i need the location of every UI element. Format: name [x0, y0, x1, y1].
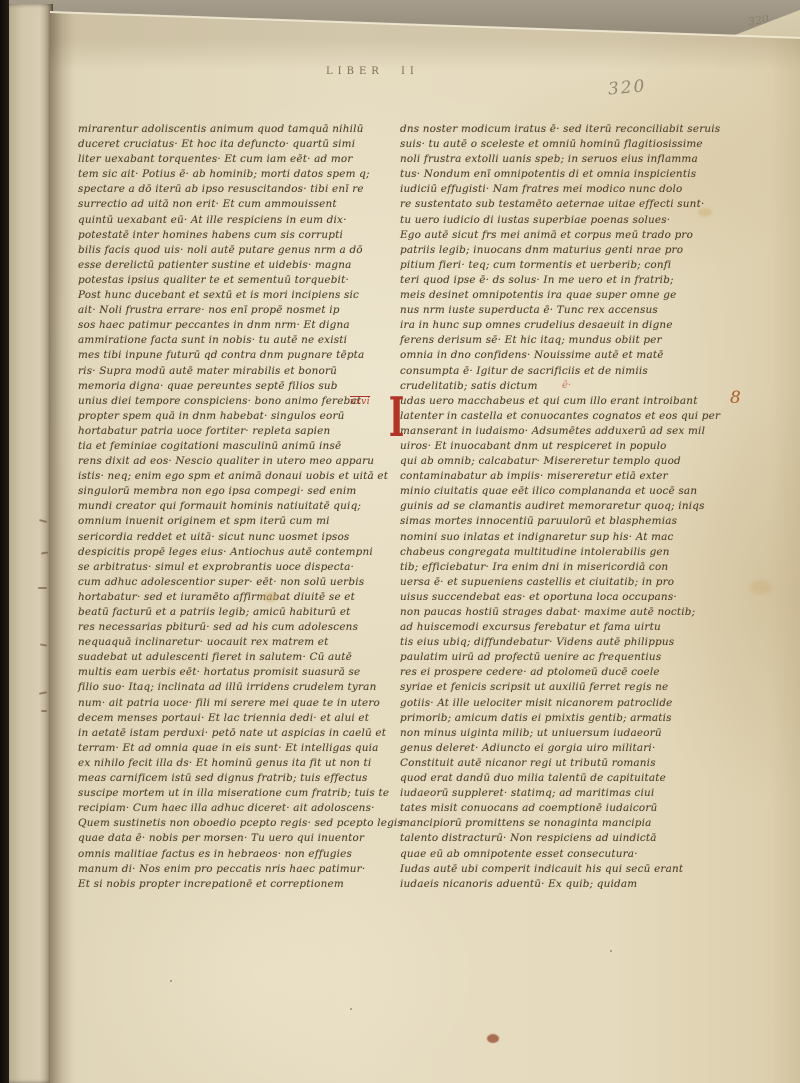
prev-page-text-fragment — [40, 643, 47, 646]
speck — [350, 1008, 352, 1010]
text-line: uisus succendebat eas· et oportuna loca … — [400, 590, 732, 605]
text-line: tia et feminiae cogitationi masculinū an… — [78, 439, 410, 454]
text-line: memoria digna· quae pereuntes septē fili… — [78, 379, 410, 394]
drop-cap-initial-I: I — [389, 392, 405, 442]
text-line: quod erat dandū duo milia talentū de cap… — [400, 771, 732, 786]
text-line: recipiam· Cum haec illa adhuc diceret· a… — [78, 801, 410, 816]
text-line: iudiciū effugisti· Nam fratres mei modic… — [400, 182, 732, 197]
prev-page-text-fragment — [41, 552, 48, 555]
text-line: udas uero macchabeus et qui cum illo era… — [400, 394, 732, 409]
text-line: consumpta ē· Igitur de sacrificiis et de… — [400, 364, 732, 379]
text-line: iudaeis nicanoris aduentū· Ex quib; quid… — [400, 877, 732, 892]
text-line: ex nihilo fecit illa ds· Et hominū genus… — [78, 756, 410, 771]
text-line: ira in hunc sup omnes crudelius desaeuit… — [400, 318, 732, 333]
text-line: multis eam uerbis eēt· hortatus promisit… — [78, 665, 410, 680]
text-line: tu uero iudicio di iustas superbiae poen… — [400, 213, 732, 228]
text-line: nus nrm iuste superducta ē· Tunc rex acc… — [400, 303, 732, 318]
text-line: Iudas autē ubi comperit indicauit his qu… — [400, 862, 732, 877]
text-line: Et si nobis propter increpationē et corr… — [78, 877, 410, 892]
speck — [170, 980, 172, 982]
text-line: qui ab omnib; calcabatur· Misereretur te… — [400, 454, 732, 469]
text-line: meas carnificem istū sed dignus fratrib;… — [78, 771, 410, 786]
text-column-left: mirarentur adoliscentis animum quod tamq… — [78, 122, 410, 892]
text-line: suscipe mortem ut in illa miseratione cu… — [78, 786, 410, 801]
binding-edge — [0, 0, 9, 1083]
text-line: res ei prospere cedere· ad ptolomeū ducē… — [400, 665, 732, 680]
text-line: manum di· Nos enim pro peccatis nris hae… — [78, 862, 410, 877]
text-line: paulatim uirū ad profectū uenire ac freq… — [400, 650, 732, 665]
text-line: num· ait patria uoce· fili mi serere mei… — [78, 696, 410, 711]
text-line: ad huiscemodi excursus ferebatur et fama… — [400, 620, 732, 635]
text-line: teri quod ipse ē· ds solus· In me uero e… — [400, 273, 732, 288]
text-line: terram· Et ad omnia quae in eis sunt· Et… — [78, 741, 410, 756]
text-line: ammiratione facta sunt in nobis· tu autē… — [78, 333, 410, 348]
text-line: se arbitratus· simul et exprobrantis uoc… — [78, 560, 410, 575]
parchment-stain — [262, 592, 278, 602]
prev-page-text-fragment — [39, 691, 47, 695]
text-line: Post hunc ducebant et sextū et is mori i… — [78, 288, 410, 303]
text-line: tib; efficiebatur· Ira enim dni in miser… — [400, 560, 732, 575]
text-line: Quem sustinetis non oboedio pcepto regis… — [78, 816, 410, 831]
text-line: istis· neq; enim ego spm et animā donaui… — [78, 469, 410, 484]
text-line: mes tibi inpune futurū qd contra dnm pug… — [78, 348, 410, 363]
text-line: potestas ipsius qualiter te et sementuū … — [78, 273, 410, 288]
text-line: guinis ad se clamantis audiret memoraret… — [400, 499, 732, 514]
text-line: uiros· Et inuocabant dnm ut respiceret i… — [400, 439, 732, 454]
text-line: patriis legib; inuocans dnm maturius gen… — [400, 243, 732, 258]
folio-number-pencil: 320 — [607, 76, 647, 99]
text-line: tem sic ait· Potius ē· ab hominib; morti… — [78, 167, 410, 182]
text-line: surrectio ad uitā non erit· Et cum ammou… — [78, 197, 410, 212]
running-title: LIBER II — [326, 66, 419, 77]
text-line: syriae et fenicis scripsit ut auxiliū fe… — [400, 680, 732, 695]
text-line: talento distracturū· Non respiciens ad u… — [400, 831, 732, 846]
text-line: hortabatur· sed et iuramēto affirmabat d… — [78, 590, 410, 605]
text-line: res necessarias pbiturū· sed ad his cum … — [78, 620, 410, 635]
text-line: tates misit conuocans ad coemptionē iuda… — [400, 801, 732, 816]
text-line: bilis facis quod uis· noli autē putare g… — [78, 243, 410, 258]
text-line: suadebat ut adulescenti fieret in salute… — [78, 650, 410, 665]
text-line: tis eius ubiq; diffundebatur· Videns aut… — [400, 635, 732, 650]
text-line: sos haec patimur peccantes in dnm nrm· E… — [78, 318, 410, 333]
text-line: omnium inuenit originem et spm iterū cum… — [78, 514, 410, 529]
text-line: non minus uiginta milib; ut uniuersum iu… — [400, 726, 732, 741]
prev-page-text-fragment — [41, 710, 47, 712]
text-line: uersa ē· et supueniens castellis et ciui… — [400, 575, 732, 590]
text-line: nomini suo inlatas et indignaretur sup h… — [400, 530, 732, 545]
text-line: pitium fieri· teq; cum tormentis et uerb… — [400, 258, 732, 273]
text-line: ferens derisum sē· Et hic itaq; mundus o… — [400, 333, 732, 348]
text-line: mirarentur adoliscentis animum quod tamq… — [78, 122, 410, 137]
ink-smudge — [487, 1034, 499, 1043]
rubric-est-mark: ē· — [562, 380, 571, 391]
text-line: quae eū ab omnipotente esset consecutura… — [400, 847, 732, 862]
text-line: Constituit autē nicanor regi ut tributū … — [400, 756, 732, 771]
text-line: chabeus congregata multitudine intolerab… — [400, 545, 732, 560]
text-line: hortabatur patria uoce fortiter· repleta… — [78, 424, 410, 439]
text-line: propter spem quā in dnm habebat· singulo… — [78, 409, 410, 424]
prev-page-text-fragment — [38, 587, 47, 589]
text-line: meis desinet omnipotentis ira quae super… — [400, 288, 732, 303]
text-line: esse derelictū patienter sustine et uide… — [78, 258, 410, 273]
speck — [610, 950, 612, 952]
text-line: manserant in iudaismo· Adsumētes adduxer… — [400, 424, 732, 439]
parchment-stain — [750, 580, 772, 594]
text-line: omnis malitiae factus es in hebraeos· no… — [78, 847, 410, 862]
page: LIBER II 320 mirarentur adoliscentis ani… — [50, 0, 800, 1083]
text-line: latenter in castella et conuocantes cogn… — [400, 409, 732, 424]
manuscript-photo: 320 LIBER II 320 mirarentur adoliscentis… — [0, 0, 800, 1083]
text-line: gotiis· At ille uelociter misit nicanore… — [400, 696, 732, 711]
text-line: cum adhuc adolescentior super· eēt· non … — [78, 575, 410, 590]
text-line: singulorū membra non ego ipsa compegi· s… — [78, 484, 410, 499]
text-line: nequaquā inclinaretur· uocauit rex matre… — [78, 635, 410, 650]
text-line: filio suo· Itaq; inclinata ad illū irrid… — [78, 680, 410, 695]
chapter-number-badge: 8 — [730, 388, 741, 408]
text-line: non paucas hostiū strages dabat· maxime … — [400, 605, 732, 620]
text-line: minio ciuitatis quae eēt ilico complanan… — [400, 484, 732, 499]
text-line: quae data ē· nobis per morsen· Tu uero q… — [78, 831, 410, 846]
text-line: liter uexabant torquentes· Et cum iam eē… — [78, 152, 410, 167]
text-line: iudaeorū suppleret· statimq; ad maritima… — [400, 786, 732, 801]
text-line: despicitis propē leges eius· Antiochus a… — [78, 545, 410, 560]
text-line: suis· tu autē o sceleste et omniū hominū… — [400, 137, 732, 152]
text-line: unius diei tempore conspiciens· bono ani… — [78, 394, 410, 409]
text-line: mundi creator qui formauit hominis natiu… — [78, 499, 410, 514]
text-line: genus deleret· Adiuncto ei gorgia uiro m… — [400, 741, 732, 756]
text-line: mancipiorū promittens se nonaginta manci… — [400, 816, 732, 831]
chapter-marginal-numeral: xxvi — [350, 397, 370, 407]
text-line: re sustentato sub testamēto aeternae uit… — [400, 197, 732, 212]
text-line: ris· Supra modū autē mater mirabilis et … — [78, 364, 410, 379]
previous-page-edge — [9, 4, 53, 1083]
text-line: tus· Nondum enī omnipotentis di et omnia… — [400, 167, 732, 182]
text-line: crudelitatib; satis dictum — [400, 379, 732, 394]
text-line: simas mortes innocentiū paruulorū et bla… — [400, 514, 732, 529]
text-line: noli frustra extolli uanis speb; in seru… — [400, 152, 732, 167]
text-column-right: dns noster modicum iratus ē· sed iterū r… — [400, 122, 732, 892]
prev-page-text-fragment — [39, 519, 47, 523]
text-line: contaminabatur ab impiis· misereretur et… — [400, 469, 732, 484]
text-line: potestatē inter homines habens cum sis c… — [78, 228, 410, 243]
parchment-stain — [698, 208, 712, 217]
text-line: ait· Noli frustra errare· nos enī propē … — [78, 303, 410, 318]
text-line: decem menses portaui· Et lac triennia de… — [78, 711, 410, 726]
text-line: in aetatē istam perduxi· petō nate ut as… — [78, 726, 410, 741]
text-line: omnia in dno confidens· Nouissime autē e… — [400, 348, 732, 363]
text-line: duceret cruciatus· Et hoc ita defuncto· … — [78, 137, 410, 152]
text-line: Ego autē sicut frs mei animā et corpus m… — [400, 228, 732, 243]
text-line: beatū facturū et a patriis legib; amicū … — [78, 605, 410, 620]
text-line: dns noster modicum iratus ē· sed iterū r… — [400, 122, 732, 137]
text-line: primorib; amicum datis ei pmixtis gentib… — [400, 711, 732, 726]
text-line: sericordia reddet et uitā· sicut nunc uo… — [78, 530, 410, 545]
text-line: rens dixit ad eos· Nescio qualiter in ut… — [78, 454, 410, 469]
text-line: spectare a dō iterū ab ipso resuscitando… — [78, 182, 410, 197]
text-line: quintū uexabant eū· At ille respiciens i… — [78, 213, 410, 228]
